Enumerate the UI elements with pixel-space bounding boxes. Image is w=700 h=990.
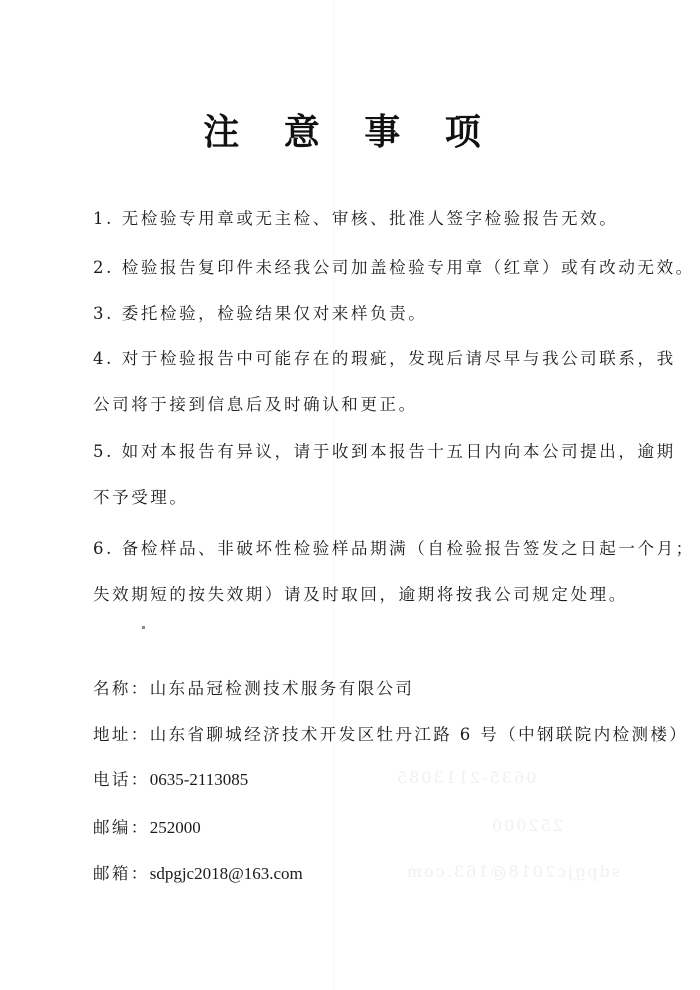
contact-postcode-label: 邮编： — [93, 818, 150, 837]
contact-email: 邮箱：sdpgjc2018@163.com — [93, 860, 303, 884]
scan-speck — [142, 626, 145, 629]
bleed-through-postcode: 252000 — [490, 816, 563, 835]
notice-6-line-1: 6. 备检样品、非破坏性检验样品期满（自检验报告签发之日起一个月； — [93, 535, 695, 559]
notice-5-line-1: 5. 如对本报告有异议，请于收到本报告十五日内向本公司提出，逾期 — [93, 438, 676, 462]
page-title: 注 意 事 项 — [0, 104, 700, 155]
notice-4-line-1: 4. 对于检验报告中可能存在的瑕疵，发现后请尽早与我公司联系，我 — [93, 345, 676, 369]
contact-email-value: sdpgjc2018@163.com — [150, 864, 303, 883]
contact-postcode-value: 252000 — [150, 818, 201, 837]
notice-5-line-2: 不予受理。 — [93, 484, 189, 508]
contact-phone-label: 电话： — [93, 770, 150, 789]
contact-phone: 电话：0635-2113085 — [93, 766, 248, 790]
notice-3: 3. 委托检验，检验结果仅对来样负责。 — [93, 300, 427, 324]
notice-6-line-2: 失效期短的按失效期）请及时取回，逾期将按我公司规定处理。 — [93, 581, 628, 605]
contact-address: 地址：山东省聊城经济技术开发区牡丹江路 6 号（中钢联院内检测楼） — [93, 721, 688, 745]
contact-name-value: 山东品冠检测技术服务有限公司 — [150, 679, 415, 698]
contact-name: 名称：山东品冠检测技术服务有限公司 — [93, 675, 414, 699]
contact-phone-value: 0635-2113085 — [150, 770, 249, 789]
document-page: 注 意 事 项 1. 无检验专用章或无主检、审核、批准人签字检验报告无效。 2.… — [0, 0, 700, 990]
contact-address-label: 地址： — [93, 725, 150, 744]
bleed-through-email: sdpgjc2018@163.com — [405, 862, 620, 881]
bleed-through-phone: 0635-2113085 — [395, 768, 536, 787]
contact-name-label: 名称： — [93, 679, 150, 698]
notice-2: 2. 检验报告复印件未经我公司加盖检验专用章（红章）或有改动无效。 — [93, 254, 695, 278]
contact-postcode: 邮编：252000 — [93, 814, 201, 838]
contact-email-label: 邮箱： — [93, 864, 150, 883]
notice-4-line-2: 公司将于接到信息后及时确认和更正。 — [93, 391, 418, 415]
notice-1: 1. 无检验专用章或无主检、审核、批准人签字检验报告无效。 — [93, 205, 618, 229]
contact-address-value: 山东省聊城经济技术开发区牡丹江路 6 号（中钢联院内检测楼） — [150, 725, 689, 744]
